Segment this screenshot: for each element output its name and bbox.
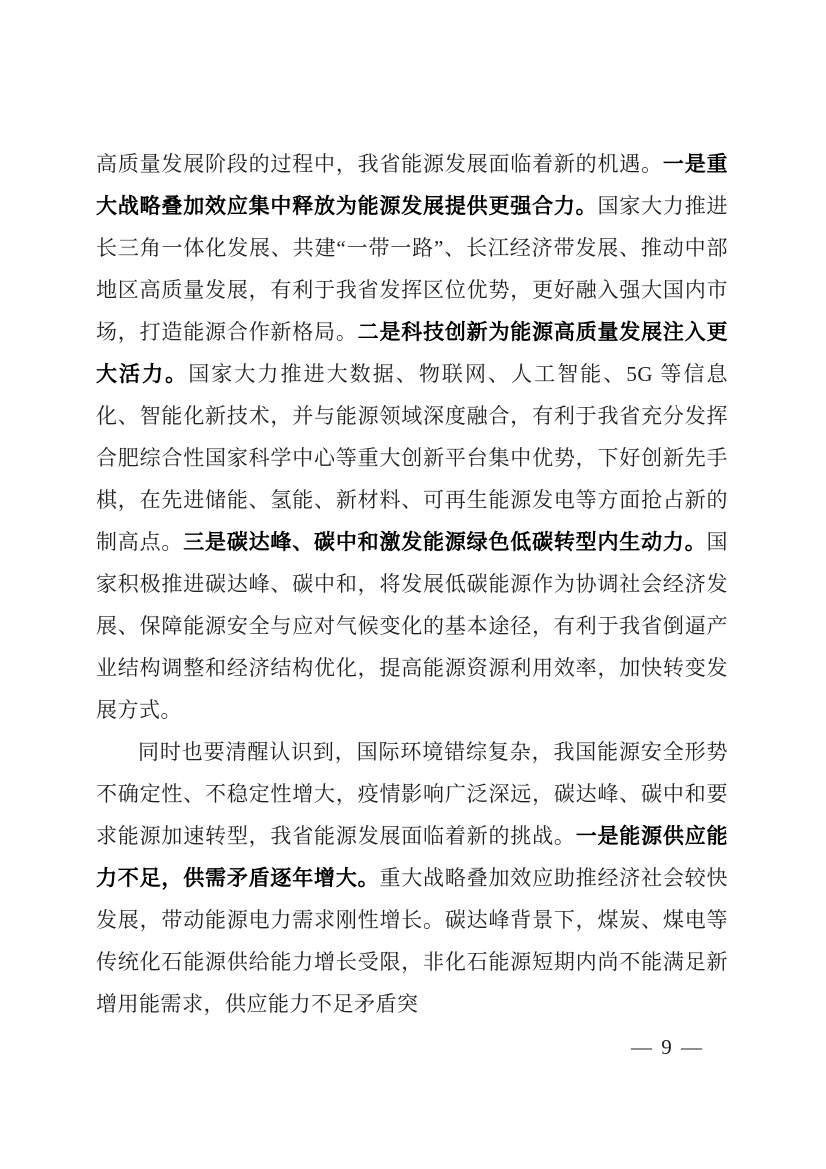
paragraph: 高质量发展阶段的过程中，我省能源发展面临着新的机遇。一是重大战略叠加效应集中释放…: [96, 143, 728, 731]
body-text-segment: 国家积极推进碳达峰、碳中和，将发展低碳能源作为协调社会经济发展、保障能源安全与应…: [96, 530, 728, 722]
paragraph: 同时也要清醒认识到，国际环境错综复杂，我国能源安全形势不确定性、不稳定性增大，疫…: [96, 731, 728, 1025]
body-text-segment: 国家大力推进大数据、物联网、人工智能、5G 等信息化、智能化新技术，并与能源领域…: [96, 362, 728, 554]
document-page: 高质量发展阶段的过程中，我省能源发展面临着新的机遇。一是重大战略叠加效应集中释放…: [0, 0, 826, 1169]
body-text-segment: 高质量发展阶段的过程中，我省能源发展面临着新的机遇。: [96, 152, 663, 176]
emphasis-text-segment: 三是碳达峰、碳中和激发能源绿色低碳转型内生动力。: [183, 530, 706, 554]
page-number: — 9 —: [631, 1035, 704, 1059]
page-footer: — 9 —: [631, 1033, 704, 1061]
document-body: 高质量发展阶段的过程中，我省能源发展面临着新的机遇。一是重大战略叠加效应集中释放…: [96, 143, 728, 1025]
